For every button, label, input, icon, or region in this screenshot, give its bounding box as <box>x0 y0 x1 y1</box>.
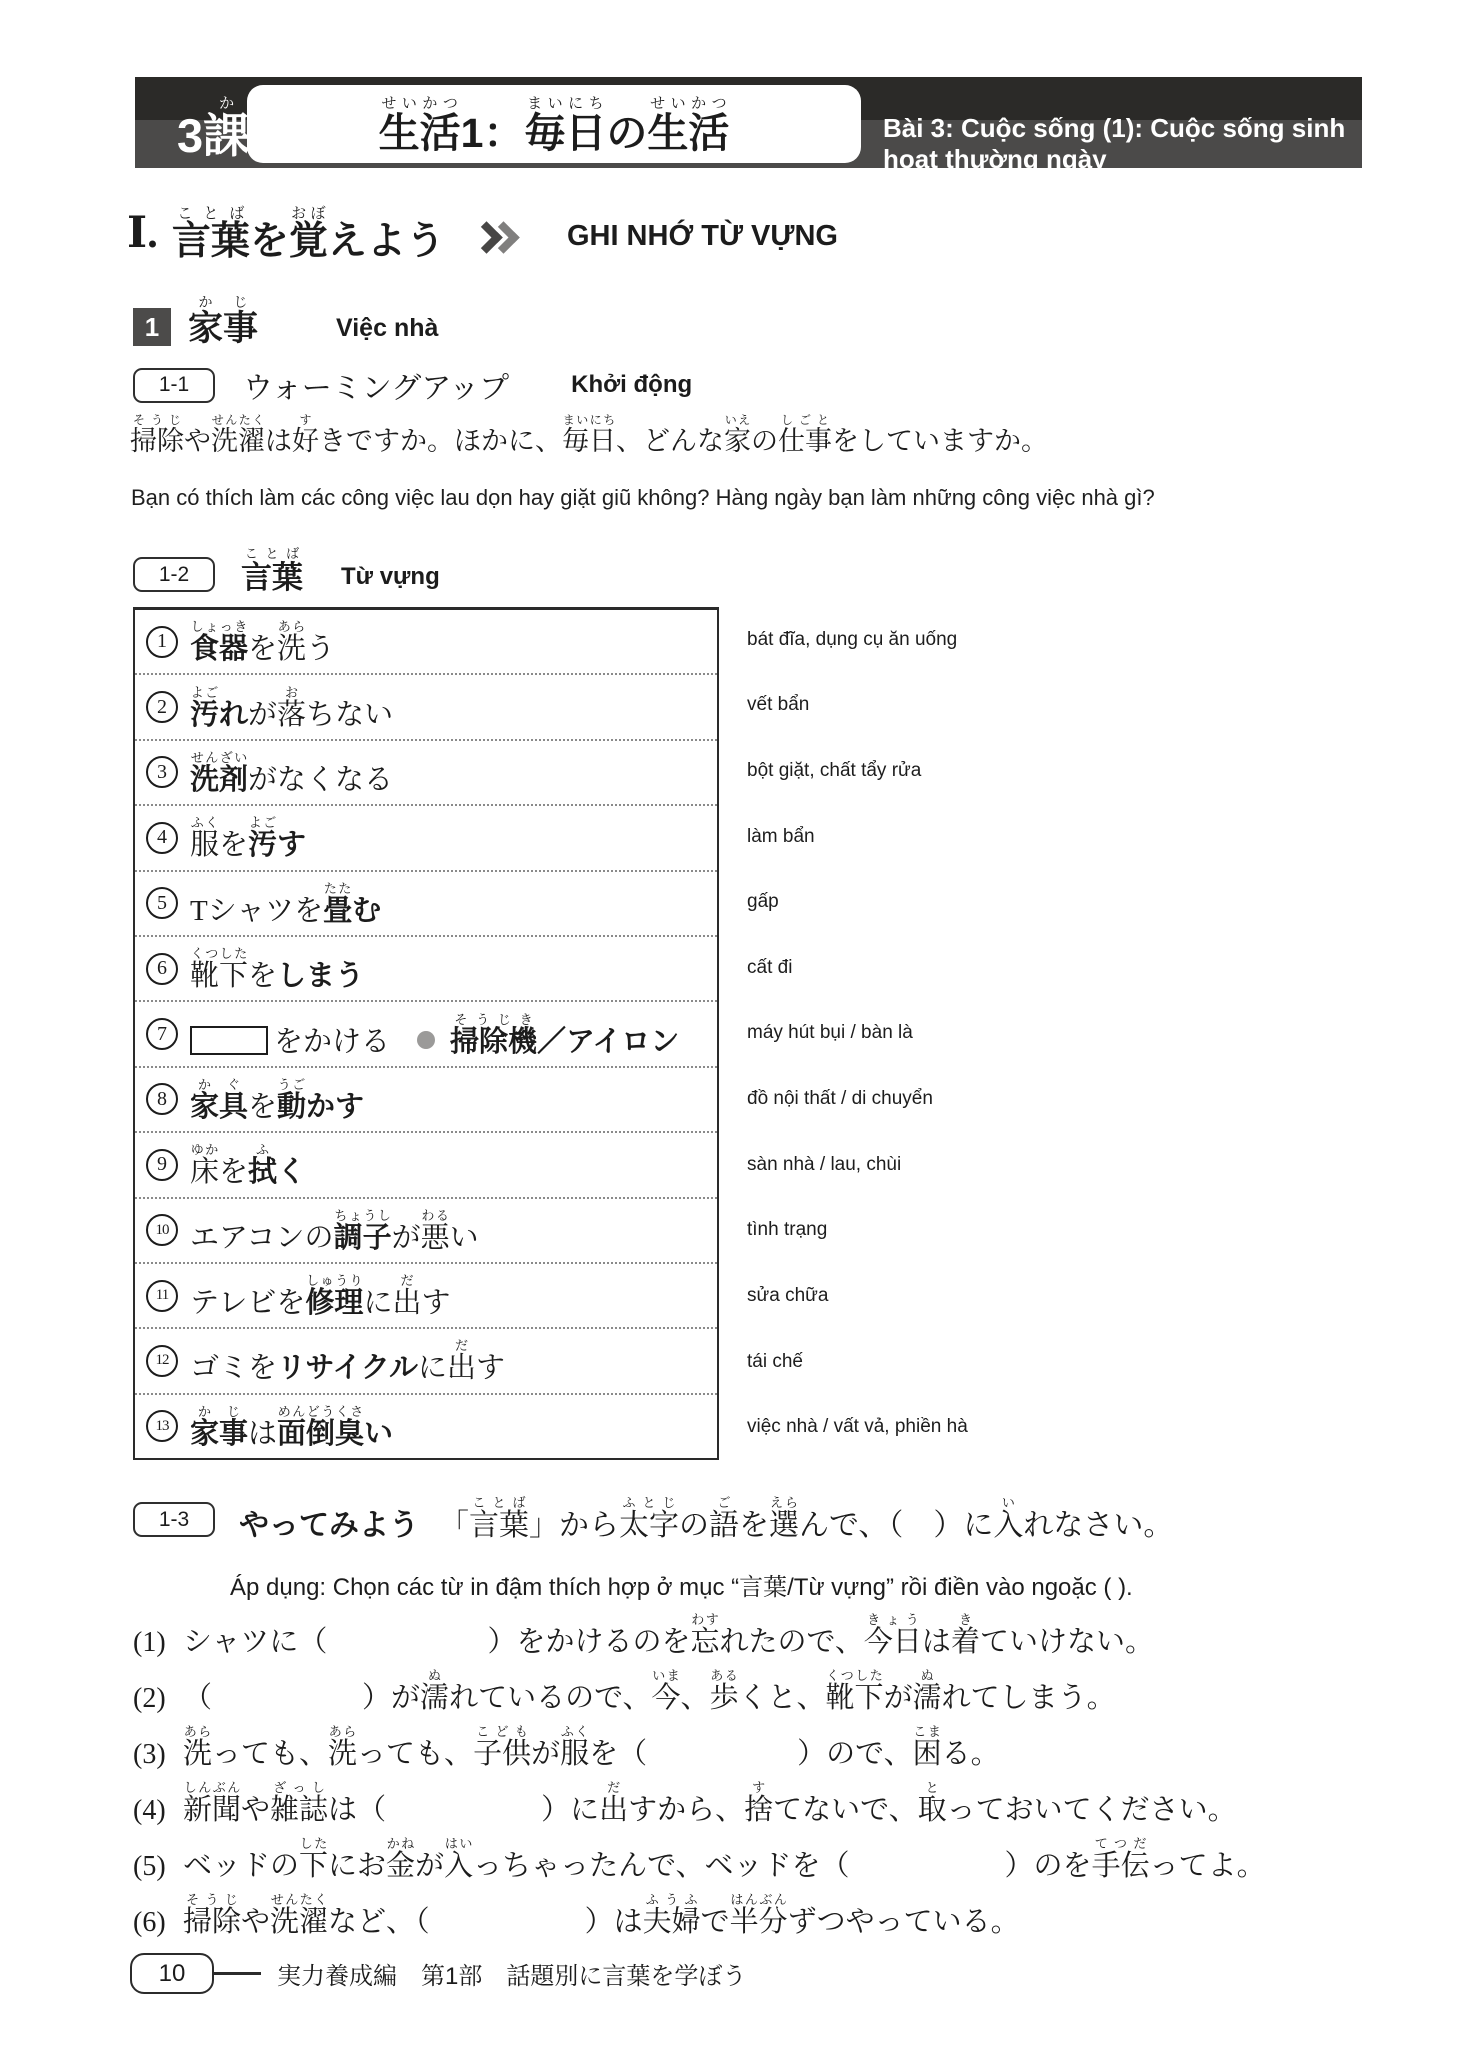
section-title-jp: 言葉ことばを覚おぼえよう <box>172 205 445 261</box>
vocab-row-text: テレビを修理しゅうりに出だす <box>190 1273 450 1318</box>
jp-text: く <box>277 1156 306 1188</box>
jp-text: てないで、 <box>773 1794 917 1826</box>
jp-ruby: 生活せいかつ <box>379 110 461 156</box>
answer-blank-close: ） <box>487 1626 516 1658</box>
vocab-row-text: 家事かじは面倒臭めんどうくさい <box>190 1404 393 1449</box>
jp-text: や <box>241 1794 270 1826</box>
jp-text: のを <box>1034 1850 1092 1882</box>
answer-blank-open: （ <box>357 1794 386 1826</box>
warmup-question-vi: Bạn có thích làm các công việc lau dọn h… <box>131 485 1155 511</box>
jp-text: を <box>248 1091 277 1123</box>
jp-ruby: 着き <box>951 1626 980 1658</box>
jp-ruby: 雑誌ざっし <box>270 1794 328 1826</box>
jp-ruby: 悪わる <box>421 1222 450 1254</box>
jp-text: を <box>248 633 277 665</box>
vocab-vi-label: bột giặt, chất tẩy rửa <box>747 760 921 782</box>
jp-text: が <box>392 1222 421 1254</box>
jp-ruby: 家具かぐ <box>190 1091 248 1123</box>
section-subtitle-vi: GHI NHỚ TỪ VỰNG <box>567 220 838 253</box>
section-heading: Ⅰ. 言葉ことばを覚おぼえよう GHI NHỚ TỪ VỰNG <box>127 205 838 261</box>
jp-text: を <box>250 220 289 263</box>
jp-text: を <box>219 1156 248 1188</box>
vocab-title-vi: Từ vựng <box>341 563 440 593</box>
vocab-title-jp: 言葉ことば <box>241 546 303 593</box>
jp-text: ってよ。 <box>1150 1850 1266 1882</box>
warmup-title-vi: Khởi động <box>571 371 692 399</box>
topic-title-vi: Việc nhà <box>336 314 438 346</box>
vocab-vi-label: cất đi <box>747 957 792 979</box>
vocab-row-number: 9 <box>146 1149 178 1181</box>
vocab-vi-label: gấp <box>747 891 779 913</box>
jp-ruby: 歩ある <box>710 1682 739 1714</box>
jp-text: の <box>751 426 778 456</box>
jp-text: い <box>450 1222 479 1254</box>
vocab-row-number: 3 <box>146 756 178 788</box>
vocab-row-number: 8 <box>146 1083 178 1115</box>
vocab-row-number: 2 <box>146 691 178 723</box>
vocab-row: 7をかける掃除機そうじき／アイロン <box>135 1002 717 1067</box>
jp-text: っておいてください。 <box>947 1794 1237 1826</box>
exercise-number: (4) <box>133 1797 183 1825</box>
jp-ruby: 金かね <box>386 1850 415 1882</box>
vocab-vi-label: sửa chữa <box>747 1285 828 1307</box>
vocab-vi-label: bát đĩa, dụng cụ ăn uống <box>747 629 957 651</box>
jp-ruby: 入はい <box>444 1850 473 1882</box>
jp-ruby: 毎日まいにち <box>562 426 616 456</box>
answer-blank-open: （ <box>183 1682 212 1714</box>
jp-ruby: 課か <box>203 109 250 162</box>
vocab-row: 13家事かじは面倒臭めんどうくさい <box>135 1395 717 1458</box>
jp-ruby: 困こま <box>913 1738 942 1770</box>
topic-row: 1 家事かじ Việc nhà <box>133 296 438 346</box>
jp-ruby: 汚よご <box>248 829 277 861</box>
jp-ruby: 毎日まいにち <box>524 110 606 156</box>
exercise-item: (4)新聞しんぶんや雑誌ざっしは（）に出だすから、捨すてないで、取とっておいてく… <box>133 1769 1413 1825</box>
vocab-row: 2汚よごれが落おちない <box>135 675 717 740</box>
jp-ruby: 家いえ <box>724 426 751 456</box>
vocab-vi-label: máy hút bụi / bàn là <box>747 1022 913 1044</box>
jp-ruby: 出だ <box>392 1287 421 1319</box>
vocab-vi-cell: bát đĩa, dụng cụ ăn uống <box>747 607 1307 673</box>
jp-text: は <box>614 1906 643 1938</box>
jp-ruby: 落お <box>277 699 306 731</box>
vocab-row-number: 12 <box>146 1345 178 1377</box>
vocab-vi-cell: làm bẩn <box>747 804 1307 870</box>
jp-ruby: 動うご <box>277 1091 306 1123</box>
jp-ruby: 言葉ことば <box>172 220 250 263</box>
jp-text: 、どんな <box>616 426 724 456</box>
exercise-number: (5) <box>133 1853 183 1881</box>
answer-blank-close: ） <box>362 1682 391 1714</box>
jp-ruby: 面倒臭めんどうくさ <box>277 1418 364 1450</box>
jp-ruby: 洗剤せんざい <box>190 764 248 796</box>
exercise-text: 掃除そうじや洗濯せんたくなど、（）は夫婦ふうふで半分はんぶんずつやっている。 <box>183 1892 1020 1937</box>
jp-text: を <box>589 1738 618 1770</box>
vocab-row-text: Tシャツを畳たたむ <box>190 881 381 926</box>
jp-text: や <box>184 426 211 456</box>
jp-text: れ <box>219 699 248 731</box>
jp-text: に <box>570 1794 599 1826</box>
jp-text: がなくなる <box>248 764 393 796</box>
jp-text: す <box>476 1352 505 1384</box>
vocab-vi-cell: tái chế <box>747 1329 1307 1395</box>
answer-blank-close: ） <box>1005 1850 1034 1882</box>
vocab-row-text: 靴下くつしたをしまう <box>190 946 364 991</box>
jp-ruby: 今日きょう <box>864 1626 922 1658</box>
vocab-vi-cell: cất đi <box>747 935 1307 1001</box>
jp-text: れているので、 <box>449 1682 651 1714</box>
vocab-vi-cell: bột giặt, chất tẩy rửa <box>747 738 1307 804</box>
vocab-tag: 1-2 <box>133 557 215 592</box>
jp-text: が <box>248 699 277 731</box>
vocab-row: 1食器しょっきを洗あらう <box>135 610 717 675</box>
exercise-text: （）が濡ぬれているので、今いま、歩あるくと、靴下くつしたが濡ぬれてしまう。 <box>183 1668 1116 1713</box>
vocab-row-text: 服ふくを汚よごす <box>190 815 306 860</box>
jp-text: かす <box>306 1091 364 1123</box>
exercise-text: 新聞しんぶんや雑誌ざっしは（）に出だすから、捨すてないで、取とっておいてください… <box>183 1780 1237 1825</box>
vocab-vi-cell: máy hút bụi / bàn là <box>747 1001 1307 1067</box>
jp-text: ていけない。 <box>980 1626 1154 1658</box>
answer-blank-open: （ <box>618 1738 647 1770</box>
jp-text: をかけるのを <box>516 1626 690 1658</box>
exercise-item: (5)ベッドの下したにお金かねが入はいっちゃったんで、ベッドを（）のを手伝てつだ… <box>133 1825 1413 1881</box>
vocab-vi-label: việc nhà / vất vả, phiền hà <box>747 1416 968 1438</box>
practice-heading: 1-3 やってみよう 「言葉ことば」から太字ふとじの語ごを選えらんで、（ ）に入… <box>133 1495 1173 1541</box>
jp-text: テレビを <box>190 1287 305 1319</box>
practice-tag: 1-3 <box>133 1502 215 1537</box>
jp-text: ゴミを <box>190 1352 277 1384</box>
jp-ruby: 覚おぼ <box>289 220 328 263</box>
jp-ruby: 掃除機そうじき <box>450 1026 537 1058</box>
jp-ruby: 服ふく <box>190 829 219 861</box>
jp-text: など、 <box>328 1906 415 1938</box>
jp-text: ／ <box>537 1026 566 1058</box>
vocab-row: 11テレビを修理しゅうりに出だす <box>135 1264 717 1329</box>
jp-text: が <box>391 1682 420 1714</box>
jp-text: んで、（ ）に <box>799 1509 993 1542</box>
fill-in-box <box>190 1026 268 1055</box>
exercise-item: (6)掃除そうじや洗濯せんたくなど、（）は夫婦ふうふで半分はんぶんずつやっている… <box>133 1881 1413 1937</box>
jp-text: に <box>363 1287 392 1319</box>
jp-ruby: 濡ぬ <box>913 1682 942 1714</box>
jp-text: の <box>679 1509 709 1542</box>
vocab-row-text: 汚よごれが落おちない <box>190 685 393 730</box>
vocab-vi-cell: đồ nội thất / di chuyển <box>747 1066 1307 1132</box>
jp-text: れてしまう。 <box>942 1682 1116 1714</box>
vocab-vi-label: tái chế <box>747 1351 803 1373</box>
jp-text: えよう <box>328 220 445 263</box>
jp-text: っても、 <box>212 1738 328 1770</box>
jp-text: れなさい。 <box>1023 1509 1173 1542</box>
jp-text: エアコンの <box>190 1222 334 1254</box>
vocab-row: 10エアコンの調子ちょうしが悪わるい <box>135 1199 717 1264</box>
jp-text: は <box>248 1418 277 1450</box>
jp-ruby: 洗あら <box>277 633 306 665</box>
jp-text: を <box>248 960 277 992</box>
jp-text: ちない <box>306 699 393 731</box>
jp-text: しまう <box>277 960 364 992</box>
jp-text: っても、 <box>357 1738 473 1770</box>
jp-ruby: 掃除そうじ <box>130 426 184 456</box>
vocab-vi-label: sàn nhà / lau, chùi <box>747 1154 901 1176</box>
vocab-vi-label: vết bẩn <box>747 694 809 716</box>
jp-text: すから、 <box>628 1794 744 1826</box>
jp-text: す <box>421 1287 450 1319</box>
jp-text: をしていますか。 <box>832 426 1048 456</box>
jp-text: を <box>739 1509 769 1542</box>
jp-text: アイロン <box>566 1026 679 1058</box>
jp-text: れたので、 <box>719 1626 863 1658</box>
page-number: 10 <box>130 1953 214 1994</box>
vocab-heading: 1-2 言葉ことば Từ vựng <box>133 546 440 593</box>
textbook-page: 3課か 生活せいかつ1：毎日まいにちの生活せいかつ Bài 3: Cuộc số… <box>0 0 1457 2071</box>
jp-ruby: 生活せいかつ <box>647 110 729 156</box>
vocab-vi-label: tình trạng <box>747 1219 827 1241</box>
jp-text: が <box>531 1738 560 1770</box>
vocab-row-text: 食器しょっきを洗あらう <box>190 619 335 664</box>
jp-ruby: 新聞しんぶん <box>183 1794 241 1826</box>
jp-ruby: 言葉ことば <box>241 560 303 595</box>
footer-rule <box>213 1972 261 1975</box>
warmup-title-jp: ウォーミングアップ <box>243 363 509 407</box>
jp-text: う <box>306 633 335 665</box>
topic-title-jp: 家事かじ <box>188 296 258 346</box>
jp-ruby: 入い <box>993 1509 1023 1542</box>
jp-text: ベッドの <box>183 1850 299 1882</box>
vocab-row-number: 11 <box>146 1280 178 1312</box>
jp-ruby: 手伝てつだ <box>1092 1850 1150 1882</box>
vocab-row-text: 床ゆかを拭ふく <box>190 1142 306 1187</box>
practice-title-jp: やってみよう <box>239 1511 419 1541</box>
lesson-header: 3課か 生活せいかつ1：毎日まいにちの生活せいかつ Bài 3: Cuộc số… <box>135 77 1362 168</box>
answer-blank-close: ） <box>541 1794 570 1826</box>
practice-instruction-vi: Áp dụng: Chọn các từ in đậm thích hợp ở … <box>230 1567 1133 1602</box>
lesson-number: 3課か <box>177 95 250 159</box>
jp-text: が <box>415 1850 444 1882</box>
vocab-row-number: 13 <box>146 1410 178 1442</box>
topic-number-badge: 1 <box>133 308 171 346</box>
jp-ruby: 掃除そうじ <box>183 1906 241 1938</box>
jp-text: くと、 <box>739 1682 826 1714</box>
jp-ruby: 洗あら <box>328 1738 357 1770</box>
jp-ruby: 服ふく <box>560 1738 589 1770</box>
jp-ruby: 子供こども <box>473 1738 531 1770</box>
bullet-icon <box>417 1031 435 1049</box>
jp-ruby: 汚よご <box>190 699 219 731</box>
jp-text: で <box>701 1906 730 1938</box>
jp-ruby: 夫婦ふうふ <box>643 1906 701 1938</box>
jp-text: をかける <box>274 1026 390 1058</box>
vocab-row: 5Tシャツを畳たたむ <box>135 872 717 937</box>
jp-text: シャツに <box>183 1626 298 1658</box>
jp-ruby: 捨す <box>744 1794 773 1826</box>
warmup-heading: 1-1 ウォーミングアップ Khởi động <box>133 363 692 407</box>
jp-ruby: 靴下くつした <box>190 960 248 992</box>
vocab-row-text: ゴミをリサイクルに出だす <box>190 1338 505 1383</box>
practice-instruction-jp: 「言葉ことば」から太字ふとじの語ごを選えらんで、（ ）に入いれなさい。 <box>439 1495 1173 1541</box>
answer-blank-open: （ <box>298 1626 327 1658</box>
vocab-vi-cell: gấp <box>747 869 1307 935</box>
jp-ruby: 拭ふ <box>248 1156 277 1188</box>
jp-text: が <box>884 1682 913 1714</box>
jp-ruby: 畳たた <box>323 895 352 927</box>
vocab-row-text: 洗剤せんざいがなくなる <box>190 750 393 795</box>
lesson-subtitle-vi: Bài 3: Cuộc sống (1): Cuộc sống sinh hoạ… <box>883 120 1362 168</box>
exercise-item: (1)シャツに（）をかけるのを忘わすれたので、今日きょうは着きていけない。 <box>133 1601 1413 1657</box>
jp-ruby: 選えら <box>769 1509 799 1542</box>
jp-ruby: 洗濯せんたく <box>270 1906 328 1938</box>
exercise-text: ベッドの下したにお金かねが入はいっちゃったんで、ベッドを（）のを手伝てつだってよ… <box>183 1836 1266 1881</box>
jp-ruby: 好す <box>292 426 319 456</box>
vocab-row-number: 6 <box>146 953 178 985</box>
jp-text: にお <box>328 1850 386 1882</box>
vocab-row: 9床ゆかを拭ふく <box>135 1133 717 1198</box>
chevron-right-icon <box>487 221 520 254</box>
jp-text: の <box>606 110 647 156</box>
exercise-text: シャツに（）をかけるのを忘わすれたので、今日きょうは着きていけない。 <box>183 1612 1154 1657</box>
jp-ruby: 忘わす <box>690 1626 719 1658</box>
jp-ruby: 太字ふとじ <box>619 1509 679 1542</box>
jp-ruby: 食器しょっき <box>190 633 248 665</box>
jp-ruby: 下した <box>299 1850 328 1882</box>
jp-text: きですか。ほかに、 <box>319 426 562 456</box>
vocab-vi-cell: tình trạng <box>747 1197 1307 1263</box>
jp-ruby: 家事かじ <box>190 1418 248 1450</box>
vocab-row-number: 7 <box>146 1018 178 1050</box>
vocab-row-number: 1 <box>146 626 178 658</box>
vocab-vi-label: đồ nội thất / di chuyển <box>747 1088 933 1110</box>
vocab-vi-label: làm bẩn <box>747 826 815 848</box>
jp-text: を <box>219 829 248 861</box>
jp-ruby: 靴下くつした <box>826 1682 884 1714</box>
jp-text: や <box>241 1906 270 1938</box>
jp-ruby: 家事かじ <box>188 309 258 348</box>
exercise-item: (2)（）が濡ぬれているので、今いま、歩あるくと、靴下くつしたが濡ぬれてしまう。 <box>133 1657 1413 1713</box>
jp-ruby: 出だ <box>447 1352 476 1384</box>
jp-ruby: 洗あら <box>183 1738 212 1770</box>
answer-blank-open: （ <box>821 1850 850 1882</box>
warmup-tag: 1-1 <box>133 368 215 403</box>
jp-text: い <box>364 1418 393 1450</box>
exercise-item: (3)洗あらっても、洗あらっても、子供こどもが服ふくを（）ので、困こまる。 <box>133 1713 1413 1769</box>
section-numeral: Ⅰ. <box>127 212 158 255</box>
jp-text: に <box>418 1352 447 1384</box>
vocab-row-number: 5 <box>146 887 178 919</box>
answer-blank-open: （ <box>415 1906 430 1938</box>
double-chevron-icon <box>475 226 515 249</box>
warmup-question-jp: 掃除そうじや洗濯せんたくは好すきですか。ほかに、毎日まいにち、どんな家いえの仕事… <box>130 413 1048 455</box>
jp-text: ずつやっている。 <box>788 1906 1020 1938</box>
jp-ruby: 今いま <box>651 1682 680 1714</box>
jp-ruby: 言葉ことば <box>469 1509 529 1542</box>
jp-text: は <box>328 1794 357 1826</box>
jp-ruby: 濡ぬ <box>420 1682 449 1714</box>
jp-ruby: 取と <box>918 1794 947 1826</box>
vocab-table: 1食器しょっきを洗あらう2汚よごれが落おちない3洗剤せんざいがなくなる4服ふくを… <box>133 607 719 1460</box>
jp-text: む <box>352 895 381 927</box>
vocab-row-text: 家具かぐを動うごかす <box>190 1077 364 1122</box>
jp-ruby: 洗濯せんたく <box>211 426 265 456</box>
vocab-vi-cell: vết bẩn <box>747 673 1307 739</box>
jp-text: る。 <box>942 1738 1000 1770</box>
exercise-number: (3) <box>133 1741 183 1769</box>
vocab-vi-cell: việc nhà / vất vả, phiền hà <box>747 1394 1307 1460</box>
jp-text: Tシャツを <box>190 895 323 927</box>
jp-text: は <box>265 426 292 456</box>
exercise-list: (1)シャツに（）をかけるのを忘わすれたので、今日きょうは着きていけない。(2)… <box>133 1601 1413 1937</box>
jp-text: っちゃったんで、ベッドを <box>473 1850 820 1882</box>
jp-ruby: 語ご <box>709 1509 739 1542</box>
exercise-number: (1) <box>133 1629 183 1657</box>
jp-text: リサイクル <box>277 1352 418 1384</box>
vocab-row: 12ゴミをリサイクルに出だす <box>135 1329 717 1394</box>
jp-ruby: 仕事しごと <box>778 426 832 456</box>
vocab-row-number: 4 <box>146 822 178 854</box>
lesson-title-box: 生活せいかつ1：毎日まいにちの生活せいかつ <box>247 85 861 163</box>
jp-text: す <box>277 829 306 861</box>
jp-text: は <box>922 1626 951 1658</box>
jp-text: 1： <box>461 110 525 156</box>
jp-text: 3 <box>177 109 203 162</box>
page-footer: 10 実力養成編 第1部 話題別に言葉を学ぼう <box>130 1953 746 1994</box>
vocab-vi-cell: sửa chữa <box>747 1263 1307 1329</box>
jp-text: 、 <box>681 1682 710 1714</box>
jp-text: ので、 <box>826 1738 912 1770</box>
jp-ruby: 出だ <box>599 1794 628 1826</box>
lesson-title-jp: 生活せいかつ1：毎日まいにちの生活せいかつ <box>379 95 730 154</box>
exercise-text: 洗あらっても、洗あらっても、子供こどもが服ふくを（）ので、困こまる。 <box>183 1724 1000 1769</box>
vocab-row: 3洗剤せんざいがなくなる <box>135 741 717 806</box>
exercise-number: (6) <box>133 1909 183 1937</box>
jp-ruby: 修理しゅうり <box>305 1287 363 1319</box>
jp-text: 」から <box>529 1509 619 1542</box>
exercise-number: (2) <box>133 1685 183 1713</box>
jp-ruby: 床ゆか <box>190 1156 219 1188</box>
vocab-vi-column: bát đĩa, dụng cụ ăn uốngvết bẩnbột giặt,… <box>747 607 1307 1460</box>
vocab-row-number: 10 <box>146 1214 178 1246</box>
answer-blank-close: ） <box>797 1738 826 1770</box>
vocab-row-text: エアコンの調子ちょうしが悪わるい <box>190 1208 479 1253</box>
vocab-row: 6靴下くつしたをしまう <box>135 937 717 1002</box>
jp-text: 「 <box>439 1509 469 1542</box>
vocab-vi-cell: sàn nhà / lau, chùi <box>747 1132 1307 1198</box>
footer-text: 実力養成編 第1部 話題別に言葉を学ぼう <box>277 1956 746 1991</box>
jp-ruby: 調子ちょうし <box>334 1222 392 1254</box>
answer-blank-close: ） <box>585 1906 614 1938</box>
vocab-row: 4服ふくを汚よごす <box>135 806 717 871</box>
jp-ruby: 半分はんぶん <box>730 1906 788 1938</box>
vocab-row-text: をかける掃除機そうじき／アイロン <box>190 1012 679 1057</box>
vocab-row: 8家具かぐを動うごかす <box>135 1068 717 1133</box>
